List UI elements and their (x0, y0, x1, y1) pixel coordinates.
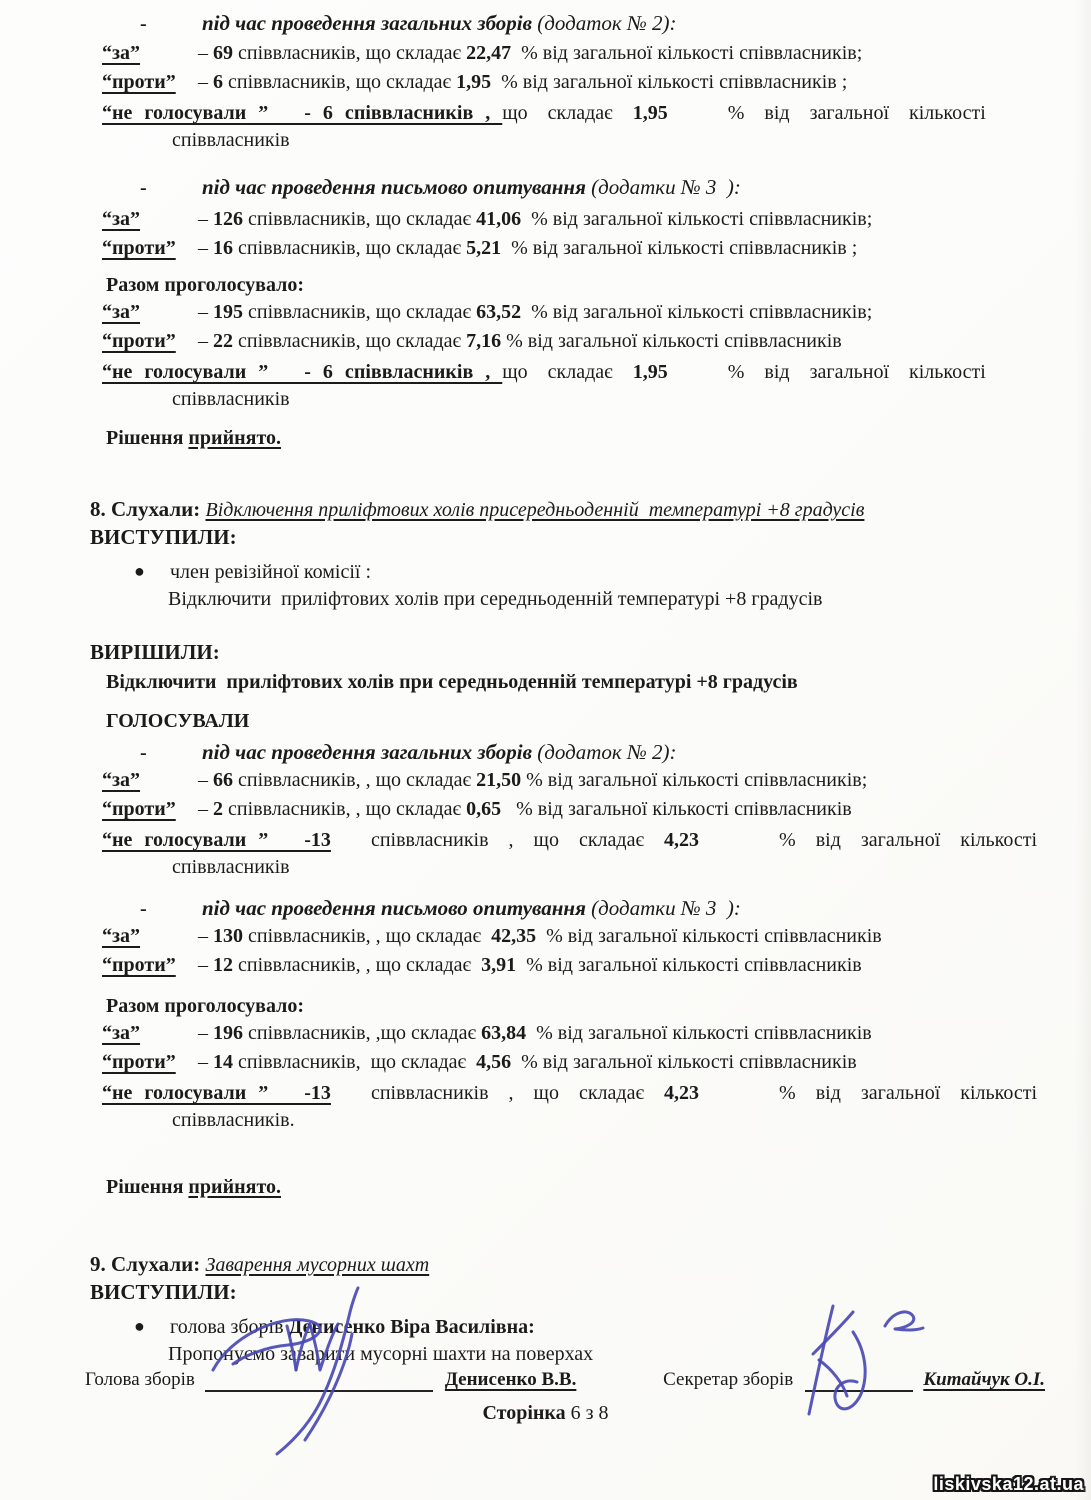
doc-line-vote: “за”– 196 співвласників, ,що складає 63,… (102, 1020, 1039, 1047)
text-segment: 22,47 (466, 42, 511, 64)
text-segment: під час проведення письмово опитування (202, 175, 591, 199)
text-segment: (додаток № 2): (537, 11, 676, 35)
document-content: -під час проведення загальних зборів (до… (88, 10, 1039, 1368)
text-segment: 63,52 (476, 301, 521, 323)
text-segment: – (198, 42, 213, 64)
text-segment: – (198, 208, 213, 230)
text-segment: (додатки № 3 ): (591, 896, 741, 920)
text-segment: 4,23 (664, 1082, 699, 1104)
text-segment: Заварення мусорних шахт (205, 1254, 429, 1276)
secretary-label: Секретар зборів (663, 1368, 793, 1392)
doc-line-para: ГОЛОСУВАЛИ (106, 708, 1039, 735)
text-segment: “не голосували ” -13 (102, 829, 331, 851)
page-number: Сторінка 6 з 8 (0, 1402, 1091, 1425)
dash-marker: - (140, 740, 202, 767)
text-segment: 21,50 (476, 769, 521, 791)
text-segment: % від загальної кількості співвласників … (501, 237, 857, 259)
doc-line-head: ВИРІШИЛИ: (90, 639, 1039, 667)
dash-marker: - (140, 11, 202, 38)
text-segment: 1,95 (456, 71, 491, 93)
text-segment: % від загальної кількості (699, 1082, 1037, 1104)
text-segment: співвласників, ,що складає (243, 1022, 481, 1044)
page-number-word: Сторінка (482, 1402, 565, 1424)
text-segment: % від загальної кількості співвласників (501, 330, 842, 352)
text-segment: % від загальної кількості співвласників; (511, 42, 862, 64)
doc-line-dash: -під час проведення загальних зборів (до… (88, 739, 1039, 767)
doc-line-vote: “проти”– 12 співвласників, , що складає … (102, 952, 1039, 979)
text-segment: 126 (213, 208, 243, 230)
doc-line-dash: -під час проведення письмово опитування … (88, 895, 1039, 923)
text-segment: % від загальної кількості співвласників … (491, 71, 847, 93)
text-segment: під час проведення загальних зборів (202, 11, 537, 35)
doc-line-para: Рішення прийнято. (106, 425, 1039, 452)
doc-line-vote: “за”– 69 співвласників, що складає 22,47… (102, 40, 1039, 67)
text-segment: 9. Слухали: (90, 1252, 205, 1276)
text-segment: – (198, 769, 213, 791)
text-segment: 66 (213, 769, 233, 791)
doc-line-dash: -під час проведення письмово опитування … (88, 174, 1039, 202)
chair-signature-line (205, 1368, 433, 1392)
text-segment: “не голосували ” -13 (102, 1082, 331, 1104)
text-segment: 5,21 (466, 237, 501, 259)
doc-line-head: 9. Слухали: Заварення мусорних шахт (90, 1251, 1039, 1279)
vote-label: “за” (102, 923, 198, 950)
vote-label: “проти” (102, 69, 198, 96)
text-segment: під час проведення загальних зборів (202, 740, 537, 764)
text-segment: ГОЛОСУВАЛИ (106, 710, 249, 732)
doc-line-bullet: ●член ревізійної комісії : (134, 558, 1039, 586)
text-segment: ВИРІШИЛИ: (90, 640, 220, 664)
doc-line-cont2: Відключити приліфтових холів при середнь… (168, 586, 1039, 613)
text-segment: % від загальної кількості співвласників (516, 954, 862, 976)
text-segment: % від загальної кількості співвласників; (521, 208, 872, 230)
text-segment: співвласників, , що складає (233, 769, 476, 791)
text-segment: % від загальної кількості (699, 829, 1037, 851)
text-segment: співвласників (172, 129, 290, 151)
doc-line-vote: “проти”– 16 співвласників, що складає 5,… (102, 235, 1039, 262)
text-segment: % від загальної кількості співвласників; (521, 301, 872, 323)
text-segment: ВИСТУПИЛИ: (90, 525, 237, 549)
doc-line-para: Разом проголосувало: (106, 272, 1039, 299)
text-segment: 6 (213, 71, 223, 93)
vote-label: “за” (102, 299, 198, 326)
signature-row: Голова зборів Денисенко В.В. Секретар зб… (0, 1368, 1091, 1392)
text-segment: 130 (213, 925, 243, 947)
text-segment: “не голосували ” - 6 співвласників , (102, 102, 502, 124)
text-segment: (додаток № 2): (537, 740, 676, 764)
dash-marker: - (140, 175, 202, 202)
doc-line-cont: співвласників. (172, 1107, 1039, 1134)
doc-line-vote: “за”– 66 співвласників, , що складає 21,… (102, 767, 1039, 794)
text-segment: Разом проголосувало: (106, 995, 304, 1017)
doc-line-vote: “проти”– 2 співвласників, , що складає 0… (102, 796, 1039, 823)
text-segment: % від загальної кількості співвласників (536, 925, 882, 947)
text-segment: % від загальної кількості співвласників (511, 1051, 857, 1073)
vote-label: “за” (102, 767, 198, 794)
text-segment: 2 (213, 798, 223, 820)
doc-line-head: 8. Слухали: Відключення приліфтових холі… (90, 496, 1039, 524)
chair-signature-icon (199, 1282, 439, 1472)
text-segment: Відключити приліфтових холів при середнь… (168, 588, 822, 610)
doc-line-cont: співвласників (172, 127, 1039, 154)
text-segment: співвласників, що складає (233, 330, 466, 352)
text-segment: – (198, 925, 213, 947)
vote-label: “за” (102, 40, 198, 67)
text-segment: співвласників. (172, 1109, 295, 1131)
text-segment: % від загальної кількості співвласників (526, 1022, 872, 1044)
text-segment: % від загальної кількості співвласників; (521, 769, 867, 791)
doc-line-vote: “за”– 195 співвласників, що складає 63,5… (102, 299, 1039, 326)
doc-line-wrap: “не голосували ” - 6 співвласників , що … (102, 100, 1039, 127)
text-segment: Відключення приліфтових холів присереднь… (205, 499, 864, 521)
doc-line-para: Відключити приліфтових холів при середнь… (106, 669, 1039, 696)
bullet-marker: ● (134, 1313, 170, 1340)
text-segment: що складає (502, 361, 633, 383)
doc-line-vote: “проти”– 14 співвласників, що складає 4,… (102, 1049, 1039, 1076)
vote-label: “проти” (102, 1049, 198, 1076)
text-segment: 0,65 (466, 798, 501, 820)
text-segment: – (198, 330, 213, 352)
doc-line-head: ВИСТУПИЛИ: (90, 524, 1039, 552)
text-segment: під час проведення письмово опитування (202, 896, 591, 920)
text-segment: – (198, 1022, 213, 1044)
text-segment: 14 (213, 1051, 233, 1073)
text-segment: співвласників, , що складає (243, 925, 491, 947)
text-segment: співвласників , що складає (331, 1082, 664, 1104)
text-segment: 63,84 (481, 1022, 526, 1044)
text-segment: – (198, 237, 213, 259)
text-segment: – (198, 1051, 213, 1073)
text-segment: співвласників, що складає (243, 208, 476, 230)
doc-line-wrap: “не голосували ” -13 співвласників , що … (102, 827, 1039, 854)
text-segment: 1,95 (633, 102, 668, 124)
text-segment: 195 (213, 301, 243, 323)
chair-name: Денисенко В.В. (445, 1368, 576, 1392)
secretary-name: Китайчук О.І. (923, 1368, 1045, 1392)
text-segment: 3,91 (481, 954, 516, 976)
text-segment: (додатки № 3 ): (591, 175, 741, 199)
text-segment: Разом проголосувало: (106, 274, 304, 296)
vote-label: “проти” (102, 952, 198, 979)
vote-label: “за” (102, 206, 198, 233)
text-segment: 4,23 (664, 829, 699, 851)
doc-line-vote: “за”– 126 співвласників, що складає 41,0… (102, 206, 1039, 233)
text-segment: співвласників, що складає (243, 301, 476, 323)
text-segment: співвласників, , що складає (223, 798, 466, 820)
text-segment: 16 (213, 237, 233, 259)
text-segment: % від загальної кількості співвласників (501, 798, 852, 820)
text-segment: співвласників, що складає (233, 237, 466, 259)
text-segment: 12 (213, 954, 233, 976)
text-segment: – (198, 301, 213, 323)
text-segment: 22 (213, 330, 233, 352)
text-segment: – (198, 798, 213, 820)
text-segment: 7,16 (466, 330, 501, 352)
text-segment: співвласників, що складає (233, 1051, 476, 1073)
doc-line-dash: -під час проведення загальних зборів (до… (88, 10, 1039, 38)
doc-line-cont: співвласників (172, 386, 1039, 413)
text-segment: співвласників (172, 388, 290, 410)
doc-line-vote: “за”– 130 співвласників, , що складає 42… (102, 923, 1039, 950)
doc-line-para: Разом проголосувало: (106, 993, 1039, 1020)
text-segment: прийнято. (188, 427, 281, 449)
doc-line-cont: співвласників (172, 854, 1039, 881)
doc-line-vote: “проти”– 22 співвласників, що складає 7,… (102, 328, 1039, 355)
text-segment: 1,95 (633, 361, 668, 383)
vote-label: “проти” (102, 796, 198, 823)
text-segment: – (198, 71, 213, 93)
doc-line-wrap: “не голосували ” - 6 співвласників , що … (102, 359, 1039, 386)
text-segment: 4,56 (476, 1051, 511, 1073)
text-segment: член ревізійної комісії : (170, 561, 371, 583)
text-segment: “не голосували ” - 6 співвласників , (102, 361, 502, 383)
doc-line-para: Рішення прийнято. (106, 1174, 1039, 1201)
text-segment: співвласників, що складає (233, 42, 466, 64)
text-segment: % від загальної кількості (668, 102, 986, 124)
doc-line-wrap: “не голосували ” -13 співвласників , що … (102, 1080, 1039, 1107)
text-segment: що складає (502, 102, 633, 124)
text-segment: 69 (213, 42, 233, 64)
chair-label: Голова зборів (85, 1368, 195, 1392)
text-segment: співвласників , що складає (331, 829, 664, 851)
text-segment: 42,35 (491, 925, 536, 947)
vote-label: “проти” (102, 328, 198, 355)
page-number-count: 6 з 8 (571, 1402, 609, 1424)
text-segment: прийнято. (188, 1176, 281, 1198)
vote-label: “проти” (102, 235, 198, 262)
secretary-signature-line (805, 1368, 913, 1392)
text-segment: Рішення (106, 1176, 188, 1198)
text-segment: Відключити приліфтових холів при середнь… (106, 671, 798, 693)
text-segment: 196 (213, 1022, 243, 1044)
text-segment: співвласників, що складає (223, 71, 456, 93)
text-segment: Рішення (106, 427, 188, 449)
text-segment: співвласників (172, 856, 290, 878)
vote-label: “за” (102, 1020, 198, 1047)
document-page: -під час проведення загальних зборів (до… (0, 0, 1091, 1500)
text-segment: % від загальної кількості (668, 361, 986, 383)
text-segment: співвласників, , що складає (233, 954, 481, 976)
text-segment: – (198, 954, 213, 976)
text-segment: 8. Слухали: (90, 497, 205, 521)
site-watermark: liskivska12.at.ua (933, 1474, 1084, 1495)
text-segment: 41,06 (476, 208, 521, 230)
doc-line-vote: “проти”– 6 співвласників, що складає 1,9… (102, 69, 1039, 96)
bullet-marker: ● (134, 558, 170, 585)
dash-marker: - (140, 896, 202, 923)
